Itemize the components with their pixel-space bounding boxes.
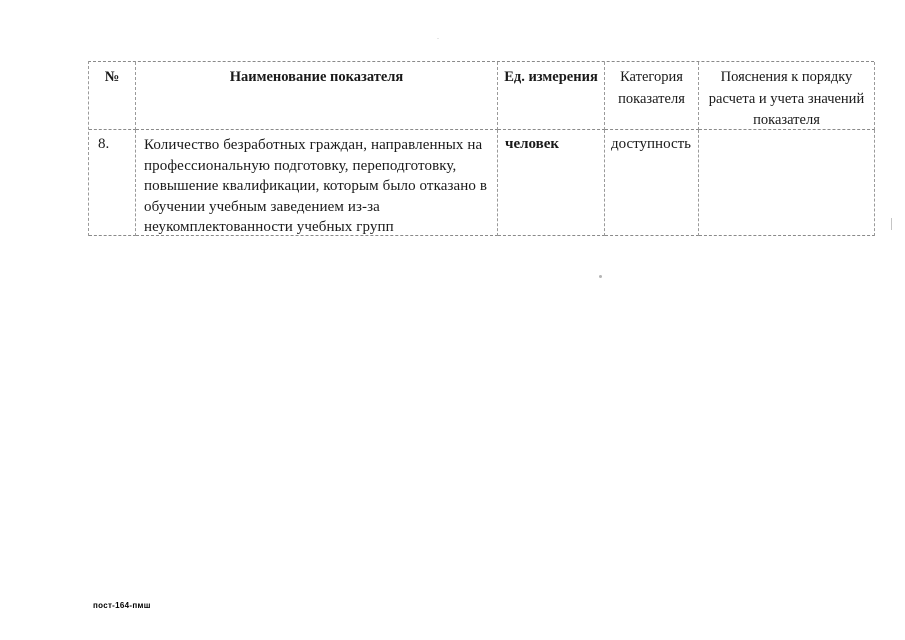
footer-stamp: пост-164-пмш	[93, 601, 151, 610]
cell-row-number: 8.	[89, 130, 136, 236]
cell-unit: человек	[498, 130, 605, 236]
indicators-table: № Наименование показателя Ед. измерения …	[88, 61, 874, 236]
header-cell-explanation: Пояснения к порядку расчета и учета знач…	[699, 62, 875, 130]
scan-speck	[437, 38, 439, 39]
scan-speck	[599, 275, 602, 278]
header-cell-category: Категория показателя	[605, 62, 699, 130]
header-cell-indicator-name: Наименование показателя	[136, 62, 498, 130]
cell-category: доступность	[605, 130, 699, 236]
cell-explanation	[699, 130, 875, 236]
scanned-document-page: № Наименование показателя Ед. измерения …	[0, 0, 905, 640]
cell-indicator-name: Количество безработных граждан, направле…	[136, 130, 498, 236]
scan-speck	[891, 218, 892, 230]
header-cell-number: №	[89, 62, 136, 130]
header-cell-unit: Ед. измерения	[498, 62, 605, 130]
